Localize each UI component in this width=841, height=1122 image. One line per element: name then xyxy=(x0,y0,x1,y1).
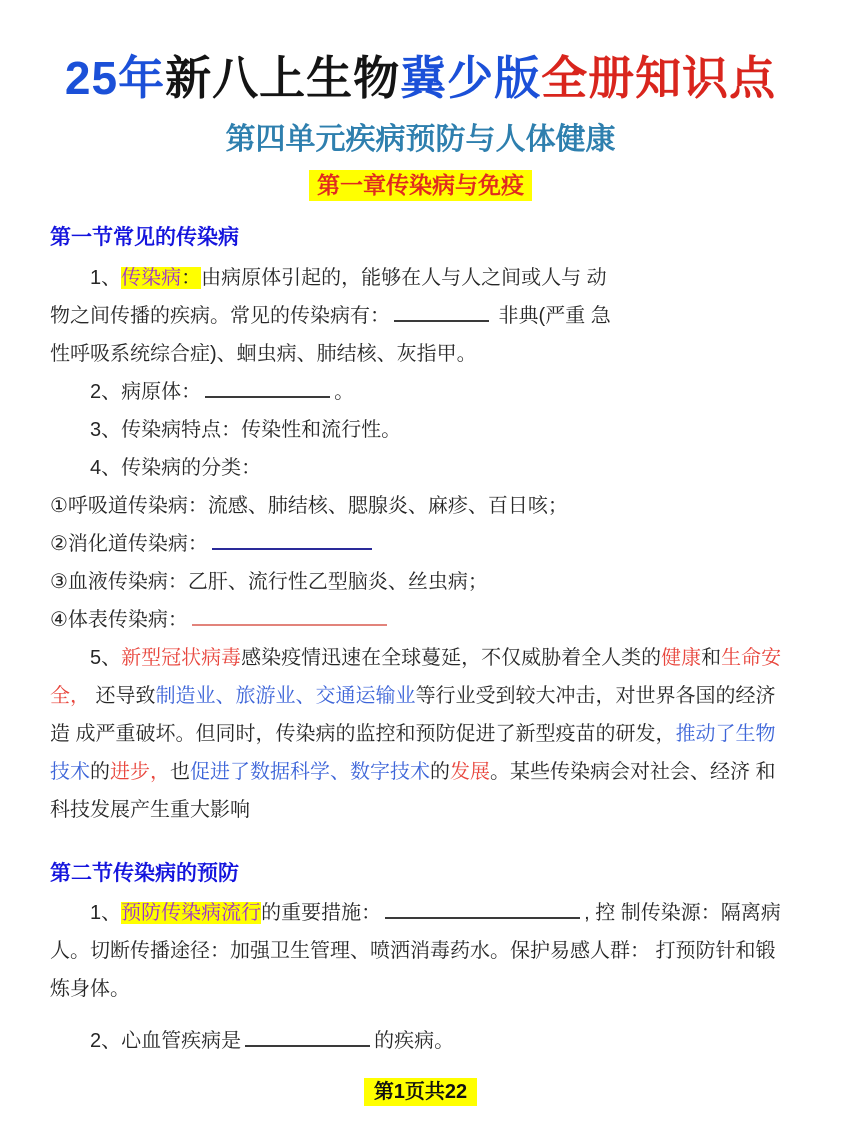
text-segment: ， xyxy=(150,761,170,783)
text-segment: 。 xyxy=(334,381,354,403)
section-1: 第一节常见的传染病 1、传染病：由病原体引起的，能够在人与人之间或人与 动物之间… xyxy=(50,221,791,829)
page-footer: 第1页共22 xyxy=(0,1078,841,1106)
list-item-surface: ④体表传染病： xyxy=(50,601,791,639)
text-segment: 制造业、旅游业、交通运输业 xyxy=(156,685,416,707)
text-segment: 2、病原体： xyxy=(90,381,201,403)
paragraph-pathogen: 2、病原体：。 xyxy=(50,373,791,411)
blank-field xyxy=(205,382,330,398)
text-segment: ④体表传染病： xyxy=(50,609,188,631)
text-segment: 的疾病。 xyxy=(374,1030,454,1052)
paragraph-prevention-measures: 1、预防传染病流行的重要措施：, 控 制传染源：隔离病人。切断传播途径：加强卫生… xyxy=(50,894,791,1008)
blank-field xyxy=(385,903,580,919)
text-segment: 4、传染病的分类： xyxy=(90,457,261,479)
text-segment: 促进了数据科学、数字技术 xyxy=(190,761,430,783)
text-segment: 和 xyxy=(701,647,721,669)
text-segment: 的 xyxy=(430,761,450,783)
text-segment: 3、传染病特点：传染性和流行性。 xyxy=(90,419,401,441)
chapter-heading-row: 第一章传染病与免疫 xyxy=(50,170,791,202)
blank-field xyxy=(245,1031,370,1047)
text-segment: 感染疫情迅速在全球蔓延，不仅威胁着全人类的 xyxy=(241,647,661,669)
text-segment: ③血液传染病：乙肝、流行性乙型脑炎、丝虫病； xyxy=(50,571,488,593)
text-segment: 新型冠状病毒 xyxy=(121,647,241,669)
section-2: 第二节传染病的预防 1、预防传染病流行的重要措施：, 控 制传染源：隔离病人。切… xyxy=(50,857,791,1061)
text-segment: ②消化道传染病： xyxy=(50,533,208,555)
unit-subtitle: 第四单元疾病预防与人体健康 xyxy=(50,122,791,158)
text-segment: ①呼吸道传染病：流感、肺结核、腮腺炎、麻疹、百日咳； xyxy=(50,495,568,517)
paragraph-disease-features: 3、传染病特点：传染性和流行性。 xyxy=(50,411,791,449)
text-segment: 新八上生物 xyxy=(165,52,400,104)
text-segment: 传染病 xyxy=(121,267,181,289)
text-segment: 还导致 xyxy=(90,685,156,707)
page-number-badge: 第1页共22 xyxy=(364,1078,477,1106)
paragraph-cardiovascular: 2、心血管疾病是的疾病。 xyxy=(50,1022,791,1060)
text-segment: 1、 xyxy=(90,902,121,924)
list-item-blood: ③血液传染病：乙肝、流行性乙型脑炎、丝虫病； xyxy=(50,563,791,601)
text-segment: 进步 xyxy=(110,761,150,783)
text-segment: 25年 xyxy=(65,52,165,104)
text-segment: 发展 xyxy=(450,761,490,783)
paragraph-covid-impact: 5、新型冠状病毒感染疫情迅速在全球蔓延，不仅威胁着全人类的健康和生命安全， 还导… xyxy=(50,639,791,829)
blank-field xyxy=(394,306,489,322)
text-segment: 全册知识点 xyxy=(541,52,776,104)
text-segment: 2、心血管疾病是 xyxy=(90,1030,241,1052)
text-segment: 的 xyxy=(90,761,110,783)
text-segment: 也 xyxy=(170,761,190,783)
list-item-digestive: ②消化道传染病： xyxy=(50,525,791,563)
text-segment: ， xyxy=(70,685,90,707)
page-title: 25年新八上生物冀少版全册知识点 xyxy=(50,50,791,108)
text-segment: 预防传染病流行 xyxy=(121,902,261,924)
list-item-respiratory: ①呼吸道传染病：流感、肺结核、腮腺炎、麻疹、百日咳； xyxy=(50,487,791,525)
section-2-heading: 第二节传染病的预防 xyxy=(50,857,791,891)
chapter-heading: 第一章传染病与免疫 xyxy=(309,170,532,202)
text-segment: 5、 xyxy=(90,647,121,669)
paragraph-disease-classification: 4、传染病的分类： xyxy=(50,449,791,487)
text-segment: ： xyxy=(181,267,201,289)
text-segment: 健康 xyxy=(661,647,701,669)
blank-field xyxy=(192,610,387,626)
text-segment: 1、 xyxy=(90,267,121,289)
document-page: 25年新八上生物冀少版全册知识点 第四单元疾病预防与人体健康 第一章传染病与免疫… xyxy=(0,0,841,1122)
text-segment: 的重要措施： xyxy=(261,902,381,924)
section-1-heading: 第一节常见的传染病 xyxy=(50,221,791,255)
blank-field xyxy=(212,534,372,550)
paragraph-infectious-disease-definition: 1、传染病：由病原体引起的，能够在人与人之间或人与 动物之间传播的疾病。常见的传… xyxy=(50,259,618,373)
text-segment: 冀少版 xyxy=(400,52,541,104)
